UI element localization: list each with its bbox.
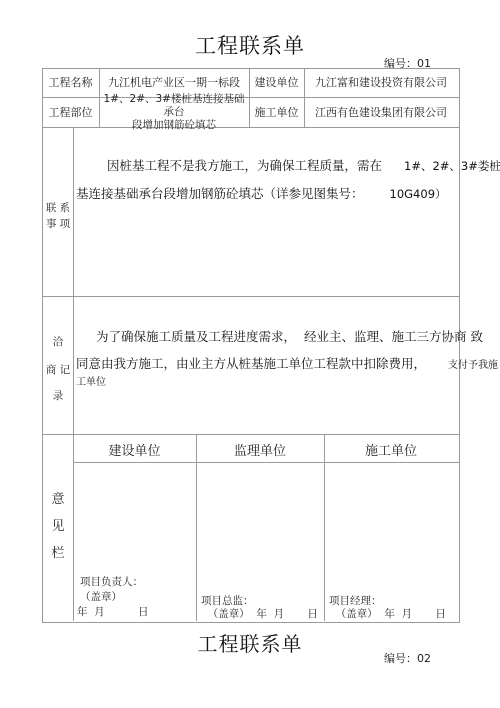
- project-part-value-line1: 1#、2#、3#楼桩基连接基础承台: [99, 93, 249, 119]
- builder-sig-responsible: 项目负责人：: [80, 575, 143, 589]
- project-part-label: 工程部位: [42, 97, 99, 127]
- opinions-subheader-divider: [73, 462, 459, 463]
- supervisor-sig-seal-date: （盖章） 年 月 日: [201, 607, 318, 621]
- col-divider: [324, 434, 325, 621]
- contact-matters-line2: 基连接基础承台段增加钢筋砼填芯（详参见图集号：10G409）: [76, 180, 456, 208]
- constructor-sig-manager: 项目经理：: [329, 594, 382, 608]
- builder-sig-date: 年 月 日: [77, 605, 149, 619]
- col-divider: [196, 434, 197, 621]
- label-col-divider: [73, 127, 74, 621]
- contact-matters-line1: 因桩基工程不是我方施工，为确保工程质量，需在1#、2#、3#娄桩: [107, 152, 452, 180]
- constructor-label: 施工单位: [249, 97, 304, 127]
- negotiation-line3: 工单位: [76, 373, 106, 393]
- opinions-label: 意 见 栏: [44, 488, 72, 561]
- builder-label: 建设单位: [249, 68, 304, 97]
- negotiation-line2: 同意由我方施工，由业主方从桩基施工单位工程款中扣除费用，支付予我施: [76, 350, 458, 380]
- project-part-value: 1#、2#、3#楼桩基连接基础承台 段增加钢筋砼填芯: [99, 97, 249, 127]
- row-divider: [42, 434, 459, 435]
- opinion-header-builder: 建设单位: [73, 440, 196, 459]
- row-divider: [42, 296, 459, 297]
- project-name-label: 工程名称: [42, 68, 99, 97]
- project-part-value-line2: 段增加钢筋砼填芯: [132, 119, 216, 132]
- row-divider: [42, 127, 459, 128]
- contact-matters-label: 联 系 事 项: [44, 200, 72, 232]
- constructor-sig-seal-date: （盖章） 年 月 日: [329, 607, 446, 621]
- constructor-value: 江西有色建设集团有限公司: [304, 97, 458, 127]
- opinion-header-constructor: 施工单位: [324, 440, 458, 459]
- builder-value: 九江富和建设投资有限公司: [304, 68, 458, 97]
- builder-sig-seal: （盖章）: [80, 590, 122, 604]
- negotiation-record-label: 洽 商 记 录: [44, 334, 72, 403]
- opinion-header-supervisor: 监理单位: [196, 440, 324, 459]
- negotiation-line1: 为了确保施工质量及工程进度需求，经业主、监理、施工三方协商 致: [96, 323, 456, 351]
- supervisor-sig-director: 项目总监：: [201, 594, 254, 608]
- page2-serial-number: 编号：02: [384, 650, 431, 666]
